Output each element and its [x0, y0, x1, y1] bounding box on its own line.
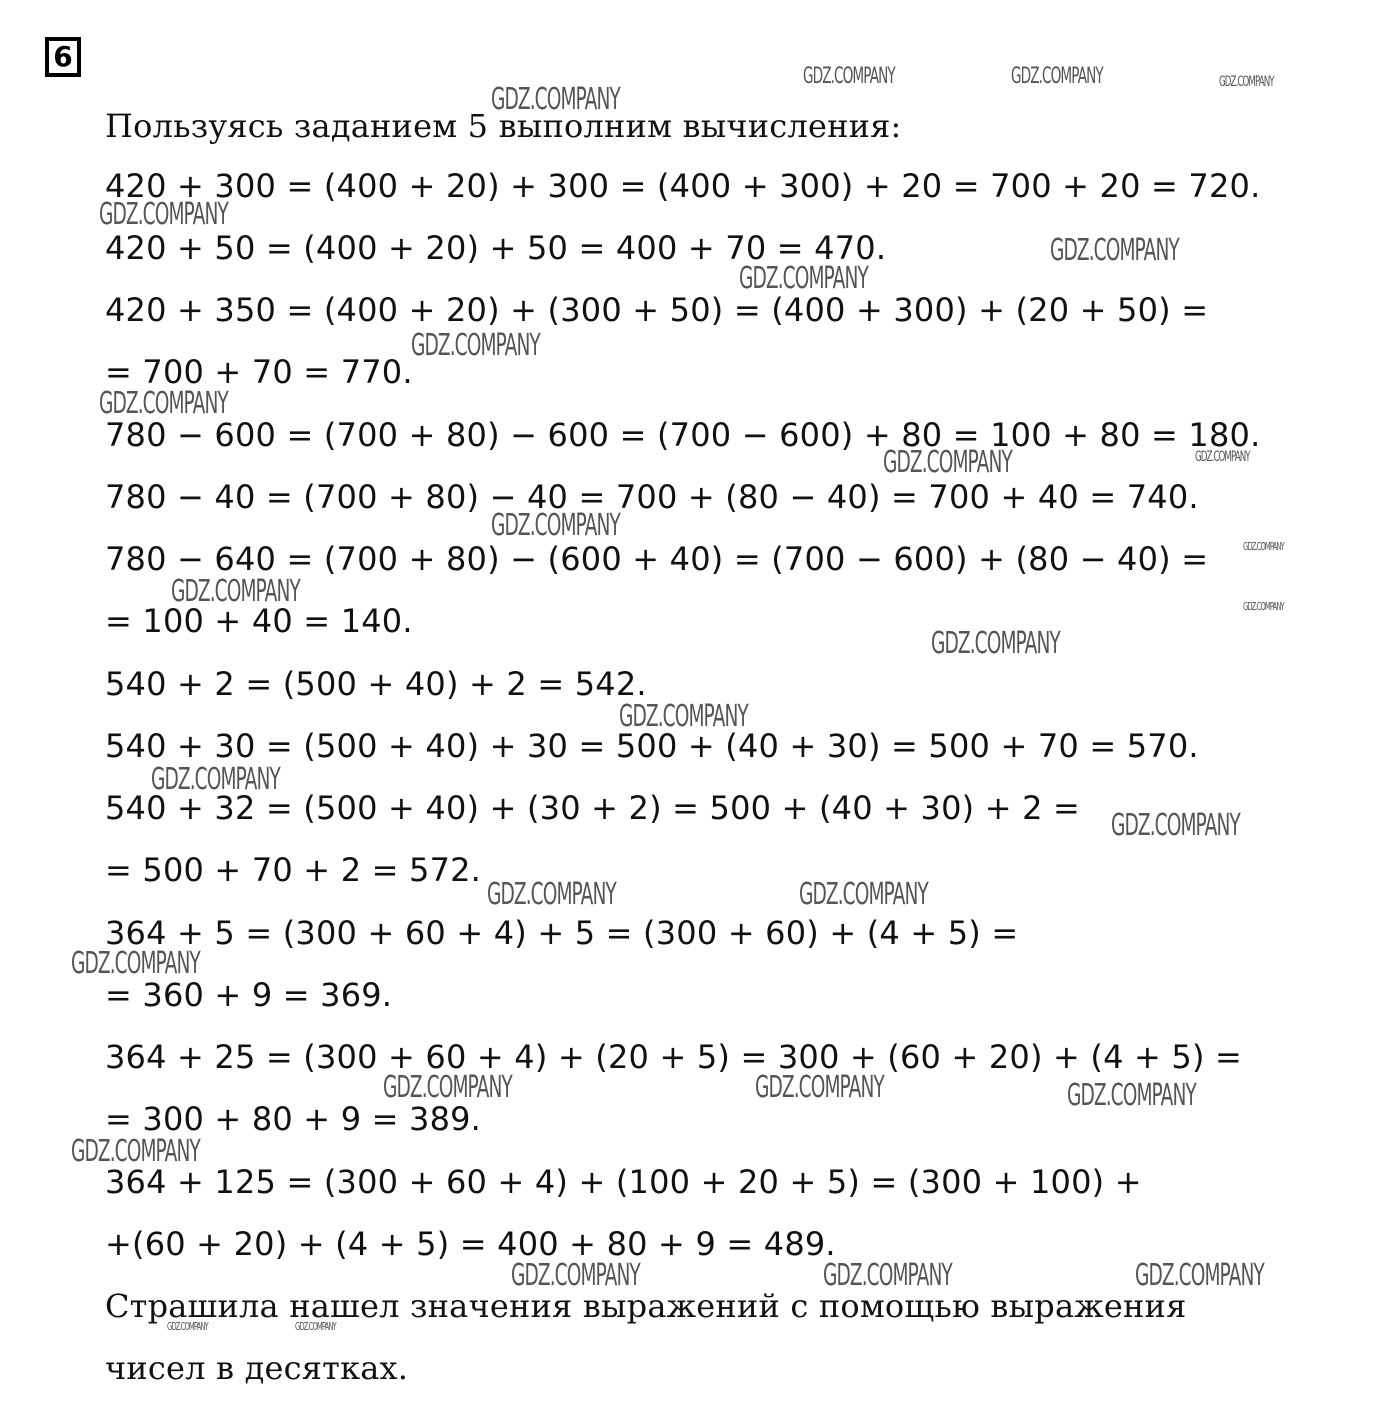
watermark: GDZ.COMPANY: [1067, 1078, 1196, 1113]
conclusion-text: чисел в десятках.: [105, 1348, 408, 1388]
watermark: GDZ.COMPANY: [799, 877, 928, 912]
watermark: GDZ.COMPANY: [1011, 64, 1103, 89]
equation-line: 780 − 640 = (700 + 80) − (600 + 40) = (7…: [105, 539, 1208, 579]
watermark: GDZ.COMPANY: [1219, 74, 1274, 90]
equation-line: 420 + 350 = (400 + 20) + (300 + 50) = (4…: [105, 290, 1208, 330]
equation-line: 364 + 25 = (300 + 60 + 4) + (20 + 5) = 3…: [105, 1037, 1242, 1077]
equation-line: 364 + 125 = (300 + 60 + 4) + (100 + 20 +…: [105, 1162, 1142, 1202]
equation-line: = 100 + 40 = 140.: [105, 601, 413, 641]
equation-line: = 500 + 70 + 2 = 572.: [105, 850, 481, 890]
equation-line: 364 + 5 = (300 + 60 + 4) + 5 = (300 + 60…: [105, 913, 1018, 953]
watermark: GDZ.COMPANY: [1243, 540, 1284, 553]
watermark: GDZ.COMPANY: [803, 64, 895, 89]
task-number-badge: 6: [45, 37, 81, 77]
equation-line: 420 + 50 = (400 + 20) + 50 = 400 + 70 = …: [105, 228, 886, 268]
equation-line: 420 + 300 = (400 + 20) + 300 = (400 + 30…: [105, 166, 1260, 206]
watermark: GDZ.COMPANY: [931, 626, 1060, 661]
equation-line: = 300 + 80 + 9 = 389.: [105, 1099, 481, 1139]
equation-line: = 700 + 70 = 770.: [105, 352, 413, 392]
watermark: GDZ.COMPANY: [1050, 233, 1179, 268]
equation-line: 540 + 2 = (500 + 40) + 2 = 542.: [105, 664, 647, 704]
equation-line: = 360 + 9 = 369.: [105, 975, 392, 1015]
equation-line: 540 + 32 = (500 + 40) + (30 + 2) = 500 +…: [105, 788, 1080, 828]
intro-text: Пользуясь заданием 5 выполним вычисления…: [105, 106, 902, 146]
equation-line: +(60 + 20) + (4 + 5) = 400 + 80 + 9 = 48…: [105, 1224, 836, 1264]
equation-line: 780 − 40 = (700 + 80) − 40 = 700 + (80 −…: [105, 477, 1199, 517]
conclusion-text: Страшила нашел значения выражений с помо…: [105, 1286, 1186, 1326]
task-number: 6: [53, 40, 72, 73]
equation-line: 780 − 600 = (700 + 80) − 600 = (700 − 60…: [105, 415, 1260, 455]
equation-line: 540 + 30 = (500 + 40) + 30 = 500 + (40 +…: [105, 726, 1199, 766]
watermark: GDZ.COMPANY: [411, 328, 540, 363]
watermark: GDZ.COMPANY: [487, 877, 616, 912]
watermark: GDZ.COMPANY: [1111, 808, 1240, 843]
watermark: GDZ.COMPANY: [1243, 600, 1284, 613]
